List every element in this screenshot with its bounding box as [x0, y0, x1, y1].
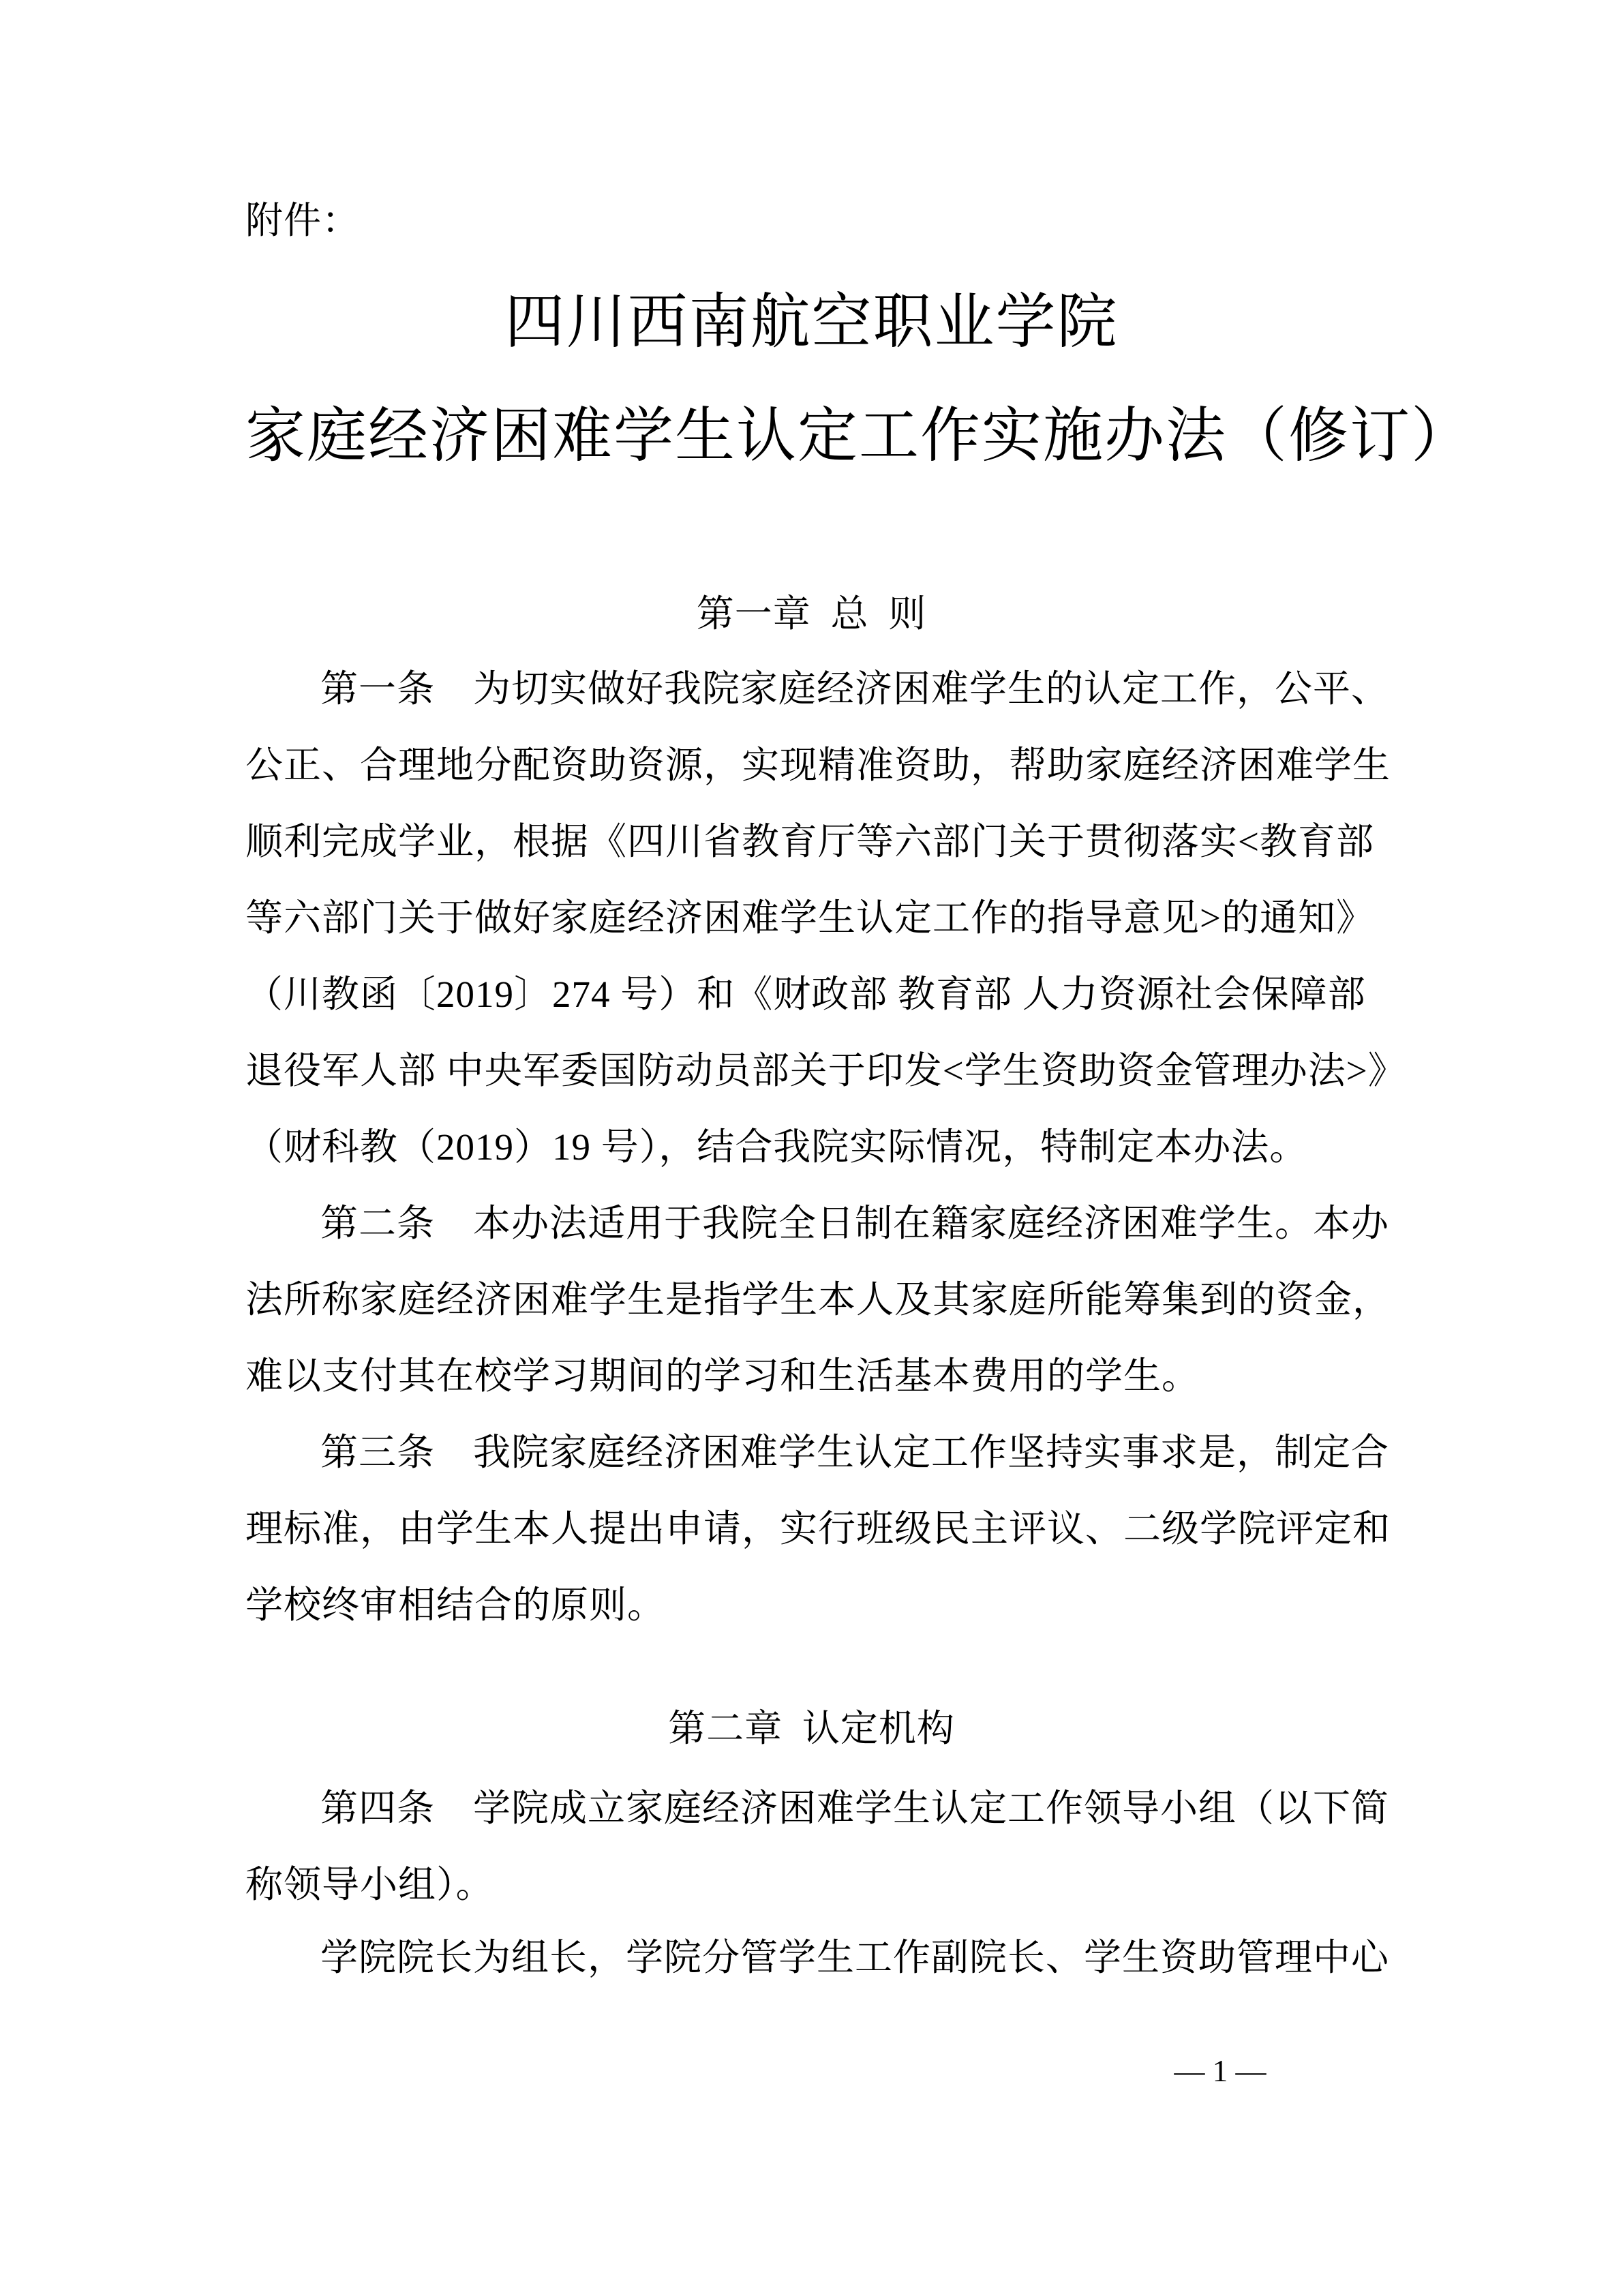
body-line: 第四条 学院成立家庭经济困难学生认定工作领导小组（以下简: [245, 1787, 1378, 1830]
body-line: 顺利完成学业，根据《四川省教育厅等六部门关于贯彻落实<教育部: [245, 821, 1378, 863]
body-line: 称领导小组）。: [245, 1864, 1378, 1906]
body-line: 等六部门关于做好家庭经济困难学生认定工作的指导意见>的通知》: [245, 897, 1378, 939]
body-line: 第二条 本办法适用于我院全日制在籍家庭经济困难学生。本办: [245, 1203, 1378, 1245]
document-page: 附件： 四川西南航空职业学院 家庭经济困难学生认定工作实施办法（修订） 第一章 …: [0, 0, 1623, 2296]
chapter-1-heading: 第一章 总 则: [245, 593, 1378, 635]
body-line: 公正、合理地分配资助资源，实现精准资助，帮助家庭经济困难学生: [245, 744, 1378, 787]
body-line: （川教函〔2019〕274 号）和《财政部 教育部 人力资源社会保障部: [245, 973, 1378, 1016]
body-line: （财科教（2019）19 号），结合我院实际情况，特制定本办法。: [245, 1126, 1378, 1168]
doc-title-line-2: 家庭经济困难学生认定工作实施办法（修订）: [245, 404, 1378, 470]
doc-title-line-1: 四川西南航空职业学院: [245, 290, 1378, 357]
body-line: 学院院长为组长，学院分管学生工作副院长、学生资助管理中心: [245, 1937, 1378, 1979]
chapter-2-heading: 第二章 认定机构: [245, 1708, 1378, 1750]
body-line: 理标准，由学生本人提出申请，实行班级民主评议、二级学院评定和: [245, 1508, 1378, 1550]
attachment-label: 附件：: [245, 200, 1378, 242]
body-line: 第一条 为切实做好我院家庭经济困难学生的认定工作，公平、: [245, 668, 1378, 710]
body-line: 退役军人部 中央军委国防动员部关于印发<学生资助资金管理办法>》: [245, 1050, 1378, 1092]
page-number: — 1 —: [1118, 2053, 1322, 2089]
body-line: 法所称家庭经济困难学生是指学生本人及其家庭所能筹集到的资金，: [245, 1279, 1378, 1321]
body-line: 第三条 我院家庭经济困难学生认定工作坚持实事求是，制定合: [245, 1432, 1378, 1474]
body-line: 学校终审相结合的原则。: [245, 1584, 1378, 1627]
body-line: 难以支付其在校学习期间的学习和生活基本费用的学生。: [245, 1355, 1378, 1398]
